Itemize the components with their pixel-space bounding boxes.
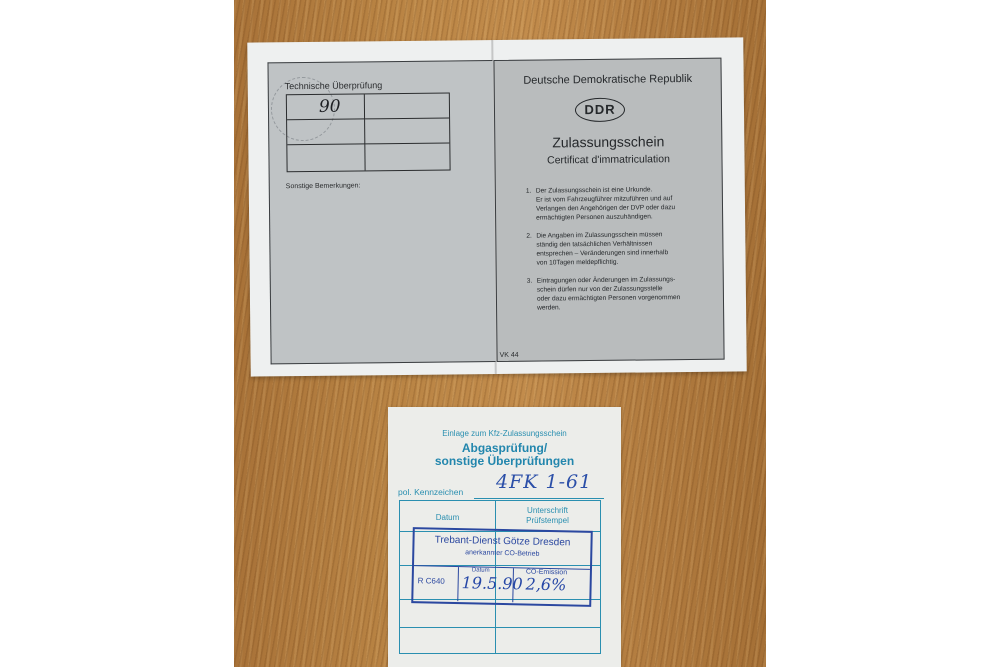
slip-header: Einlage zum Kfz-Zulassungsschein	[388, 429, 621, 438]
plate-label: pol. Kennzeichen	[398, 487, 463, 497]
grid-cell	[365, 118, 449, 144]
stamp-certification: anerkannter CO-Betrieb	[414, 548, 590, 559]
rule-number: 3.	[527, 277, 537, 313]
column-header-signature: Unterschrift Prüfstempel	[495, 506, 600, 526]
plate-underline	[474, 498, 604, 499]
country-name: Deutsche Demokratische Republik	[495, 73, 721, 87]
column-header-date: Datum	[400, 513, 495, 523]
rule-text: Der Zulassungsschein ist eine Urkunde. E…	[536, 185, 676, 222]
handwritten-co-value: 2,6%	[525, 575, 566, 595]
form-code: VK 44	[500, 352, 519, 359]
rule-number: 1.	[526, 187, 536, 223]
remarks-label: Sonstige Bemerkungen:	[286, 182, 361, 190]
rule-item: 3. Eintragungen oder Änderungen im Zulas…	[527, 275, 713, 313]
right-page: Deutsche Demokratische Republik DDR Zula…	[493, 58, 724, 362]
grid-cell	[287, 119, 365, 145]
rule-text: Eintragungen oder Änderungen im Zulassun…	[537, 275, 681, 312]
workshop-stamp: Trebant-Dienst Götze Dresden anerkannter…	[411, 527, 593, 607]
rule-item: 2. Die Angaben im Zulassungsschein müsse…	[526, 230, 712, 268]
document-subtitle: Certificat d'immatriculation	[495, 153, 721, 167]
grid-cell	[287, 144, 365, 171]
table-row-line	[400, 627, 600, 628]
slip-title: Abgasprüfung/ sonstige Überprüfungen	[388, 442, 621, 468]
grid-cell	[365, 143, 449, 170]
stamp-data-row: R C640 Datum 19.5.90 CO-Emission 2,6%	[413, 565, 590, 604]
rule-text: Die Angaben im Zulassungsschein müssen s…	[536, 230, 668, 267]
plate-handwritten: 4FK 1-61	[496, 471, 592, 493]
grid-cell	[365, 93, 449, 119]
technical-inspection-grid: 90	[286, 92, 451, 172]
rules-list: 1. Der Zulassungsschein ist eine Urkunde…	[526, 185, 713, 322]
emissions-insert-slip: Einlage zum Kfz-Zulassungsschein Abgaspr…	[388, 407, 621, 667]
document-title: Zulassungsschein	[495, 133, 721, 151]
rule-item: 1. Der Zulassungsschein ist eine Urkunde…	[526, 185, 712, 223]
stamp-workshop-name: Trebant-Dienst Götze Dresden	[414, 534, 590, 549]
left-page: Technische Überprüfung 90 Sonstige Bemer…	[267, 60, 495, 364]
stamp-code: R C640	[418, 576, 445, 586]
handwritten-entry: 90	[319, 97, 341, 117]
registration-certificate: Technische Überprüfung 90 Sonstige Bemer…	[247, 37, 746, 376]
ddr-emblem-icon: DDR	[575, 98, 625, 123]
rule-number: 2.	[526, 232, 536, 268]
grid-cell: 90	[287, 94, 365, 120]
stamp-divider	[457, 567, 459, 601]
